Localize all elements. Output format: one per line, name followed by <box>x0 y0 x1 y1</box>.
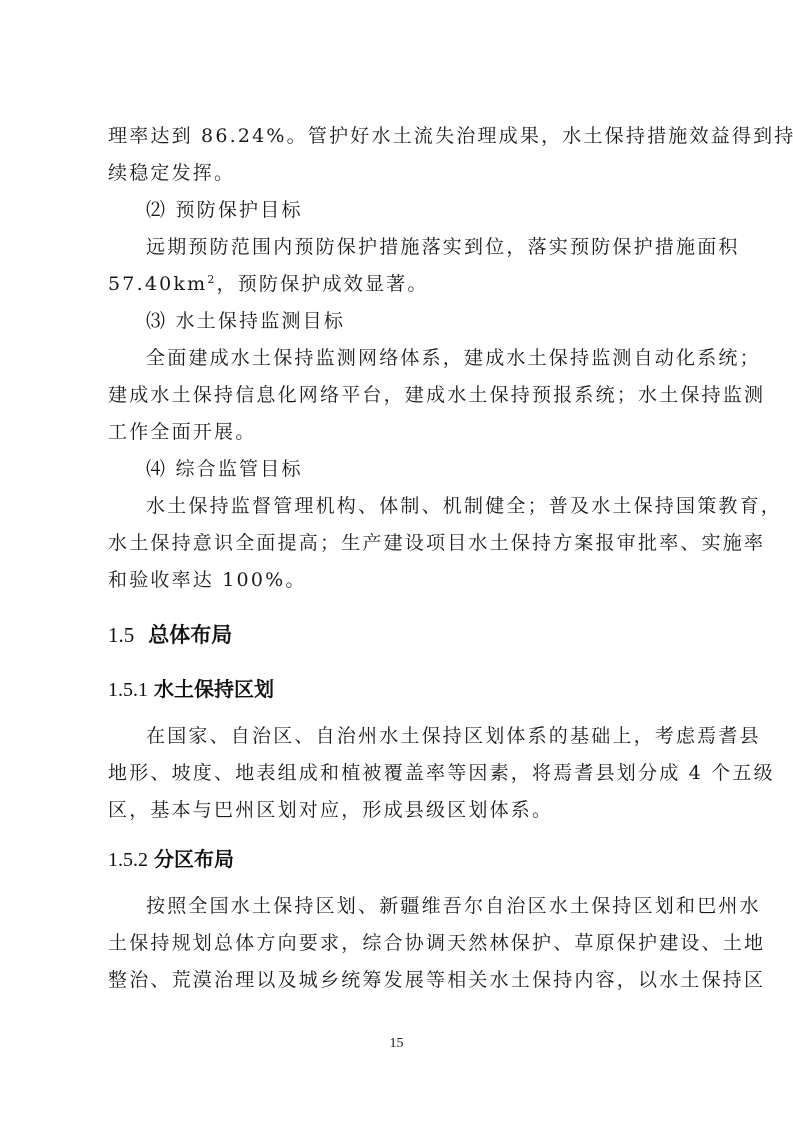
section-number: 1.5.2 <box>108 849 148 871</box>
list-item-heading: ⑵ 预防保护目标 <box>146 198 726 222</box>
area-value: 57.40km <box>108 273 207 295</box>
superscript: 2 <box>207 273 216 286</box>
text-line: 按照全国水土保持区划、新疆维吾尔自治区水土保持区划和巴州水 <box>146 894 688 918</box>
text-line: 土保持规划总体方向要求，综合协调天然林保护、草原保护建设、土地 <box>108 931 688 955</box>
text-line: 理率达到 86.24%。管护好水土流失治理成果，水土保持措施效益得到持 <box>108 124 688 148</box>
text-line: 全面建成水土保持监测网络体系，建成水土保持监测自动化系统； <box>146 346 688 370</box>
text-line: 整治、荒漠治理以及城乡统筹发展等相关水土保持内容，以水土保持区 <box>108 968 688 992</box>
text-line-with-superscript: 57.40km2，预防保护成效显著。 <box>108 272 688 296</box>
section-number: 1.5.1 <box>108 679 148 701</box>
text-line: 远期预防范围内预防保护措施落实到位，落实预防保护措施面积 <box>146 235 688 259</box>
list-item-heading: ⑷ 综合监管目标 <box>146 457 726 481</box>
section-title: 分区布局 <box>154 847 234 871</box>
list-item-heading: ⑶ 水土保持监测目标 <box>146 309 726 333</box>
text-line: 建成水土保持信息化网络平台，建成水土保持预报系统；水土保持监测 <box>108 383 688 407</box>
text-line: 水土保持监督管理机构、体制、机制健全；普及水土保持国策教育， <box>146 494 688 518</box>
text-line: 在国家、自治区、自治州水土保持区划体系的基础上，考虑焉耆县 <box>146 724 688 748</box>
page-number: 15 <box>0 1036 793 1052</box>
section-title: 水土保持区划 <box>154 677 274 701</box>
text-line: 工作全面开展。 <box>108 420 688 444</box>
section-number: 1.5 <box>108 623 134 647</box>
text-line: 续稳定发挥。 <box>108 161 688 185</box>
text-line: 区，基本与巴州区划对应，形成县级区划体系。 <box>108 798 688 822</box>
section-heading-1-5-1: 1.5.1水土保持区划 <box>108 676 274 703</box>
text-line: 地形、坡度、地表组成和植被覆盖率等因素，将焉耆县划分成 4 个五级 <box>108 761 688 785</box>
section-heading-1-5-2: 1.5.2分区布局 <box>108 846 234 873</box>
text-line: 和验收率达 100%。 <box>108 568 688 592</box>
section-title: 总体布局 <box>148 623 232 647</box>
text-fragment: ，预防保护成效显著。 <box>217 273 429 295</box>
document-page: 理率达到 86.24%。管护好水土流失治理成果，水土保持措施效益得到持 续稳定发… <box>0 0 793 1122</box>
text-line: 水土保持意识全面提高；生产建设项目水土保持方案报审批率、实施率 <box>108 531 688 555</box>
section-heading-1-5: 1.5总体布局 <box>108 622 232 648</box>
